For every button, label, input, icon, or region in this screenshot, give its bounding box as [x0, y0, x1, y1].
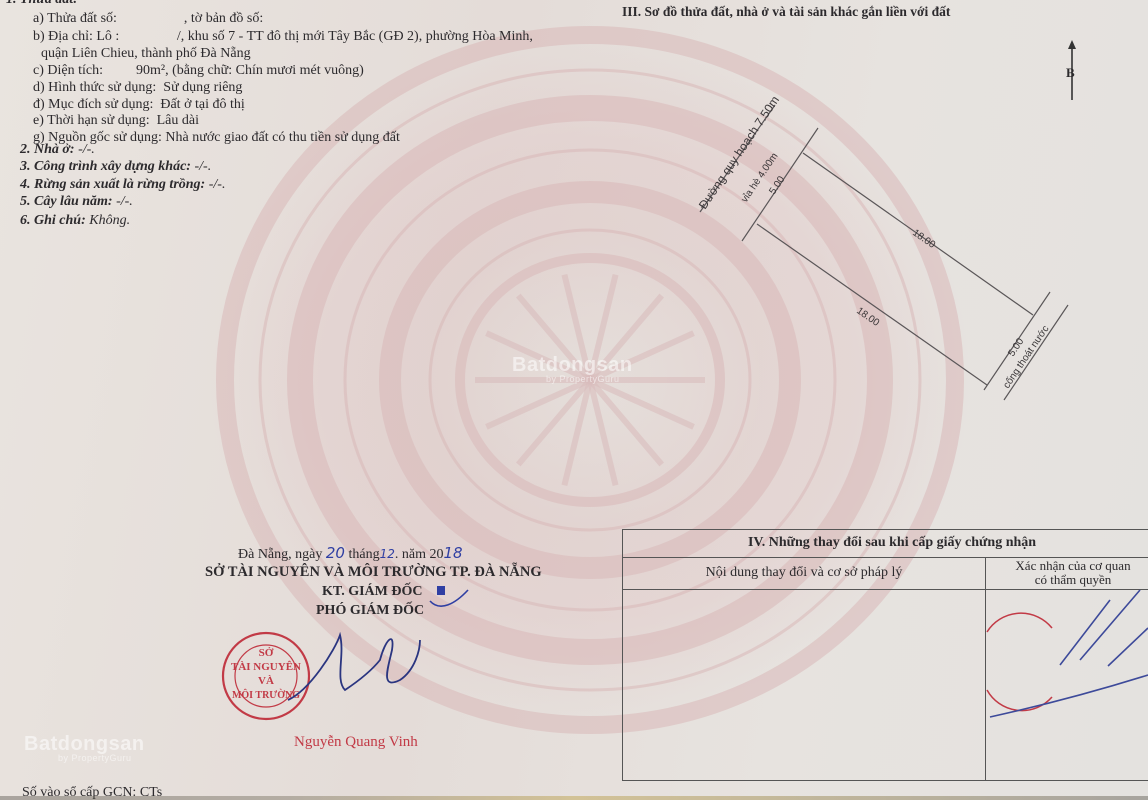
photo-edge [0, 796, 1148, 800]
authority-stamp-area [0, 0, 1148, 800]
